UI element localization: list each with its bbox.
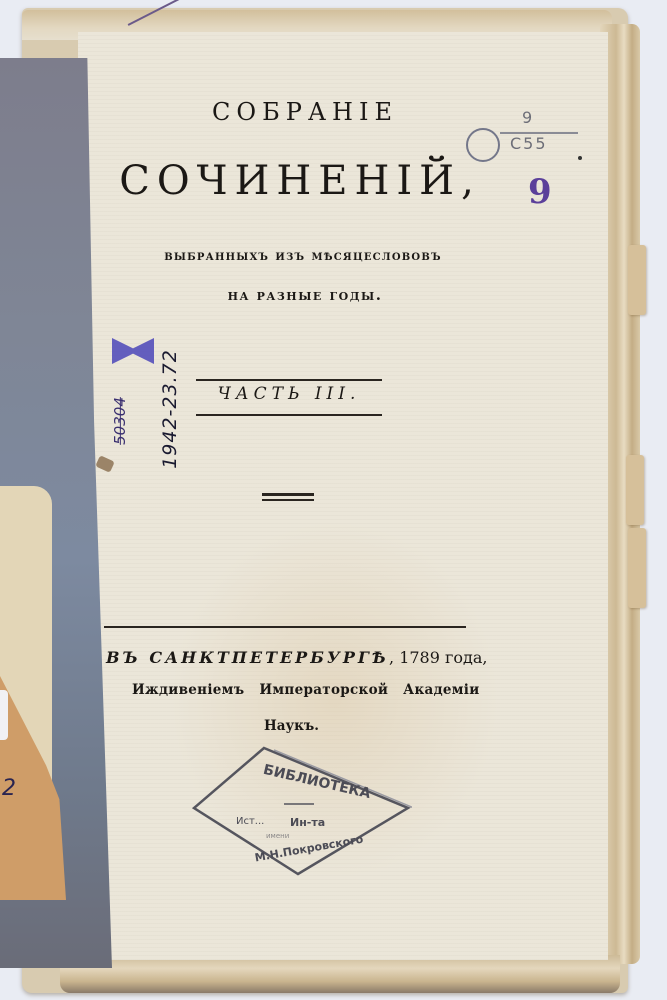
page-edge-bottom	[60, 955, 620, 993]
imprint-prefix: ВЪ	[106, 648, 149, 667]
circled-shelf-mark	[466, 128, 500, 162]
inventory-number-struck: 50304	[111, 397, 129, 445]
part-rule-top	[196, 379, 382, 381]
imprint-publisher: Иждивеніемъ Императорской Академіи	[132, 682, 462, 698]
torn-page-flap	[626, 455, 644, 525]
stamp-line-2: Ист...	[236, 816, 264, 827]
inventory-number: 1942-23.72	[159, 349, 181, 469]
label-window	[0, 690, 8, 740]
ornament-rule	[262, 493, 314, 496]
imprint-year: , 1789 года,	[389, 648, 487, 667]
stamp-diamond-icon	[192, 746, 412, 876]
violet-number: 9	[528, 172, 552, 212]
imprint-rule	[104, 626, 466, 628]
torn-page-flap	[628, 528, 646, 608]
imprint-publisher-2: Наукъ.	[264, 718, 319, 734]
torn-page-flap	[628, 245, 646, 315]
shelf-mark-numerator: 9	[522, 108, 532, 127]
shelf-mark-code: С55	[510, 134, 548, 153]
title-line-2: СОЧИНЕНІЙ,	[110, 158, 490, 204]
stamp-line-2b: Ин-та	[290, 816, 325, 829]
subtitle-line-2: на разные годы.	[100, 286, 510, 304]
stamp-line-3: имени	[266, 832, 289, 840]
label-digit: 2	[2, 776, 16, 801]
library-stamp: БИБЛИОТЕКА Ист... Ин-та имени М.Н.Покров…	[192, 746, 412, 876]
ink-dot	[578, 156, 582, 160]
title-line-1: СОБРАНІЕ	[100, 98, 510, 126]
part-rule-bottom	[196, 414, 382, 416]
imprint-city: САНКТПЕТЕРБУРГѢ	[149, 648, 389, 667]
imprint-city-line: ВЪ САНКТПЕТЕРБУРГѢ, 1789 года,	[106, 648, 476, 667]
subtitle-line-1: выбранныхъ изъ мѣсяцеслововъ	[118, 247, 488, 264]
ornament-rule	[262, 499, 314, 501]
part-label: ЧАСТЬ III.	[196, 384, 382, 404]
